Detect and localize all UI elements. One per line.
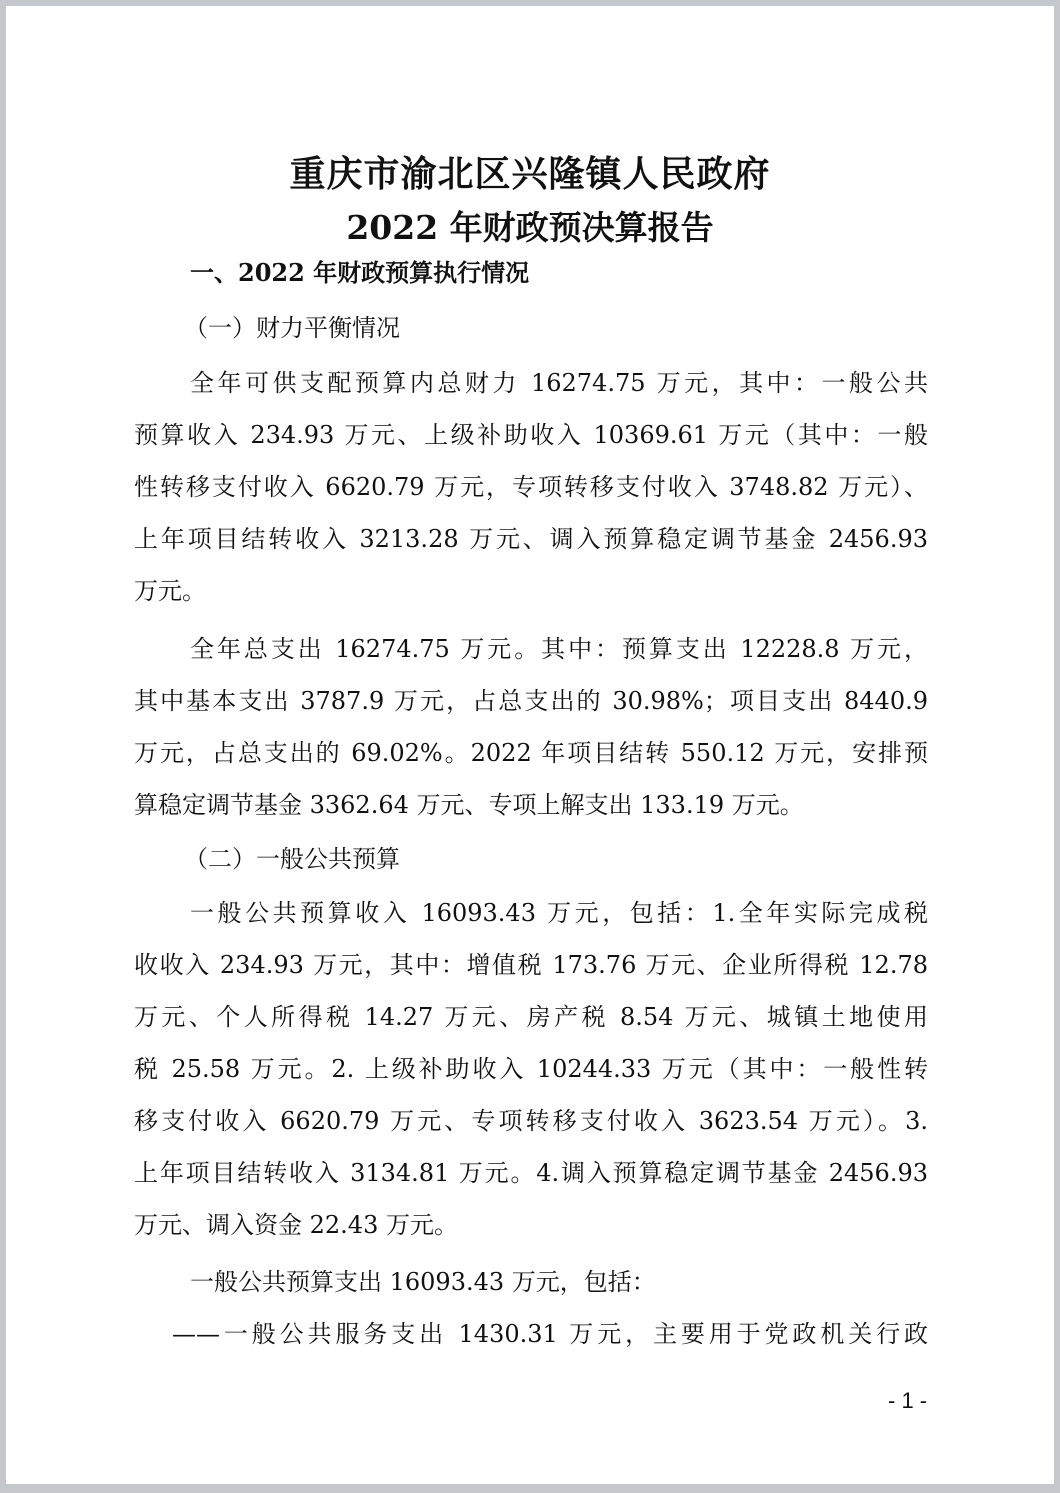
paragraph-line: 一般公共预算支出 16093.43 万元，包括：: [190, 1267, 984, 1297]
paragraph-line: 收收入 234.93 万元，其中：增值税 173.76 万元、企业所得税 12.…: [134, 950, 928, 980]
paragraph-line: 全年可供支配预算内总财力 16274.75 万元，其中：一般公共: [190, 368, 928, 398]
paragraph-line: 万元、调入资金 22.43 万元。: [134, 1210, 928, 1240]
paragraph-line: 其中基本支出 3787.9 万元，占总支出的 30.98%；项目支出 8440.…: [134, 686, 928, 716]
paragraph-line: 性转移支付收入 6620.79 万元，专项转移支付收入 3748.82 万元）、: [134, 472, 928, 502]
paragraph-line: 税 25.58 万元。2. 上级补助收入 10244.33 万元（其中：一般性转: [134, 1054, 928, 1084]
paragraph-line: 一般公共预算收入 16093.43 万元，包括：1.全年实际完成税: [190, 898, 928, 928]
paragraph-line: 万元。: [134, 576, 928, 606]
paragraph-line: 全年总支出 16274.75 万元。其中：预算支出 12228.8 万元，: [190, 634, 928, 664]
paragraph-line: 万元、个人所得税 14.27 万元、房产税 8.54 万元、城镇土地使用: [134, 1002, 928, 1032]
paragraph-line: 算稳定调节基金 3362.64 万元、专项上解支出 133.19 万元。: [134, 790, 928, 820]
section-heading: 一、2022 年财政预算执行情况: [190, 258, 984, 288]
paragraph-line: 上年项目结转收入 3134.81 万元。4.调入预算稳定调节基金 2456.93: [134, 1158, 928, 1188]
paragraph-line: 移支付收入 6620.79 万元、专项转移支付收入 3623.54 万元）。3.: [134, 1106, 928, 1136]
paragraph-line: 预算收入 234.93 万元、上级补助收入 10369.61 万元（其中：一般: [134, 420, 928, 450]
paragraph-line: 上年项目结转收入 3213.28 万元、调入预算稳定调节基金 2456.93: [134, 524, 928, 554]
paragraph-line: 万元，占总支出的 69.02%。2022 年项目结转 550.12 万元，安排预: [134, 738, 928, 768]
document-subtitle: 2022 年财政预决算报告: [6, 202, 1054, 249]
subsection-heading: （二）一般公共预算: [184, 844, 978, 874]
page-number: - 1 -: [888, 1388, 927, 1414]
paragraph-line: ——一般公共服务支出 1430.31 万元，主要用于党政机关行政: [172, 1319, 928, 1349]
subsection-heading: （一）财力平衡情况: [184, 313, 978, 343]
document-title: 重庆市渝北区兴隆镇人民政府: [6, 146, 1054, 197]
document-page: 重庆市渝北区兴隆镇人民政府 2022 年财政预决算报告 一、2022 年财政预算…: [6, 6, 1054, 1484]
